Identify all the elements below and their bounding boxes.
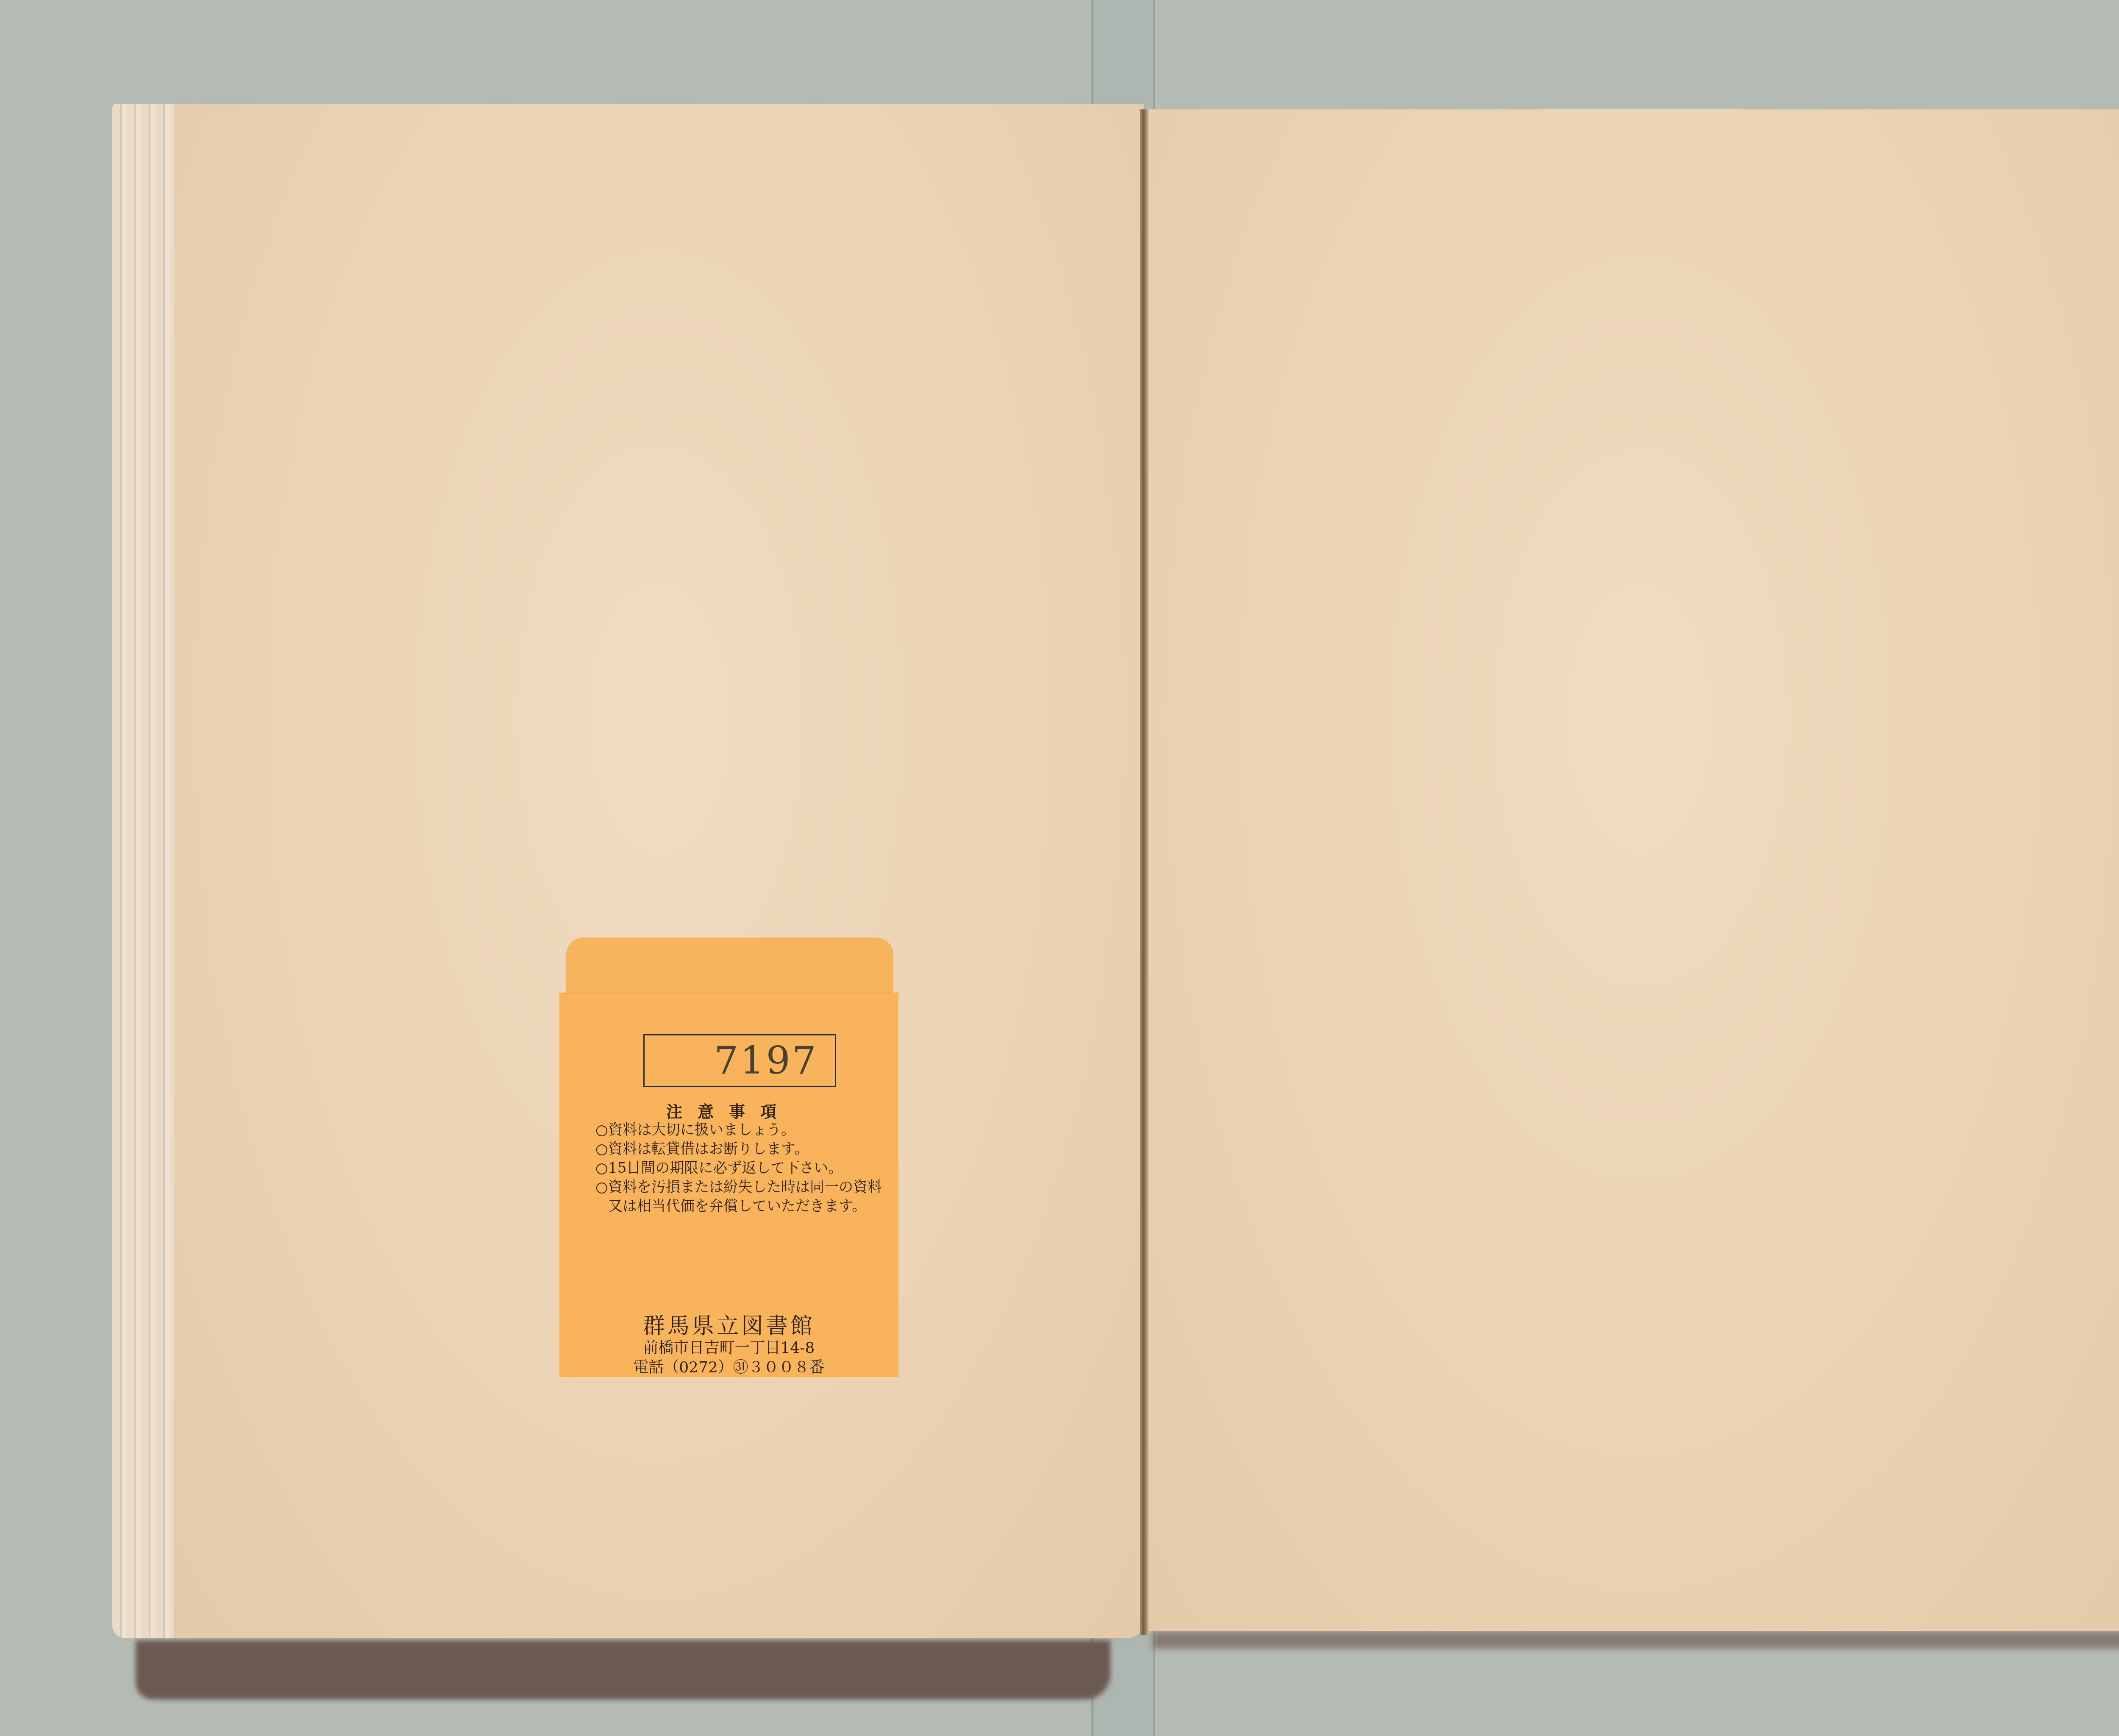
notice-item: ○資料を汚損または紛失した時は同一の資料又は相当代価を弁償していただきます。 [595,1178,892,1216]
circle-bullet-icon: ○ [595,1159,608,1178]
library-phone: 電話（0272）㉛３００８番 [559,1355,898,1377]
pocket-flap [566,938,893,997]
library-address: 前橋市日吉町一丁目14-8 [559,1336,898,1358]
pocket-body: 7197 注意事項 ○資料は大切に扱いましょう。 ○資料は転貸借はお断りします。… [559,993,898,1377]
call-number-box: 7197 [643,1034,836,1087]
circle-bullet-icon: ○ [595,1178,608,1197]
left-page [174,104,1144,1638]
notice-title: 注意事項 [559,1099,898,1122]
book-gutter [1140,109,1148,1635]
circle-bullet-icon: ○ [595,1121,608,1140]
right-page [1144,109,2119,1631]
notice-item: ○資料は転貸借はお断りします。 [595,1140,892,1159]
circle-bullet-icon: ○ [595,1140,608,1159]
notice-item: ○資料は大切に扱いましょう。 [595,1121,892,1140]
library-card-pocket[interactable]: 7197 注意事項 ○資料は大切に扱いましょう。 ○資料は転貸借はお断りします。… [559,938,898,1376]
notice-item: ○15日間の期限に必ず返して下さい。 [595,1159,892,1178]
call-number: 7197 [714,1038,818,1083]
notice-list: ○資料は大切に扱いましょう。 ○資料は転貸借はお断りします。 ○15日間の期限に… [595,1121,892,1216]
book-shadow-right [1153,1632,2119,1649]
book-shadow-left [136,1640,1110,1700]
library-name: 群馬県立図書館 [559,1308,898,1340]
